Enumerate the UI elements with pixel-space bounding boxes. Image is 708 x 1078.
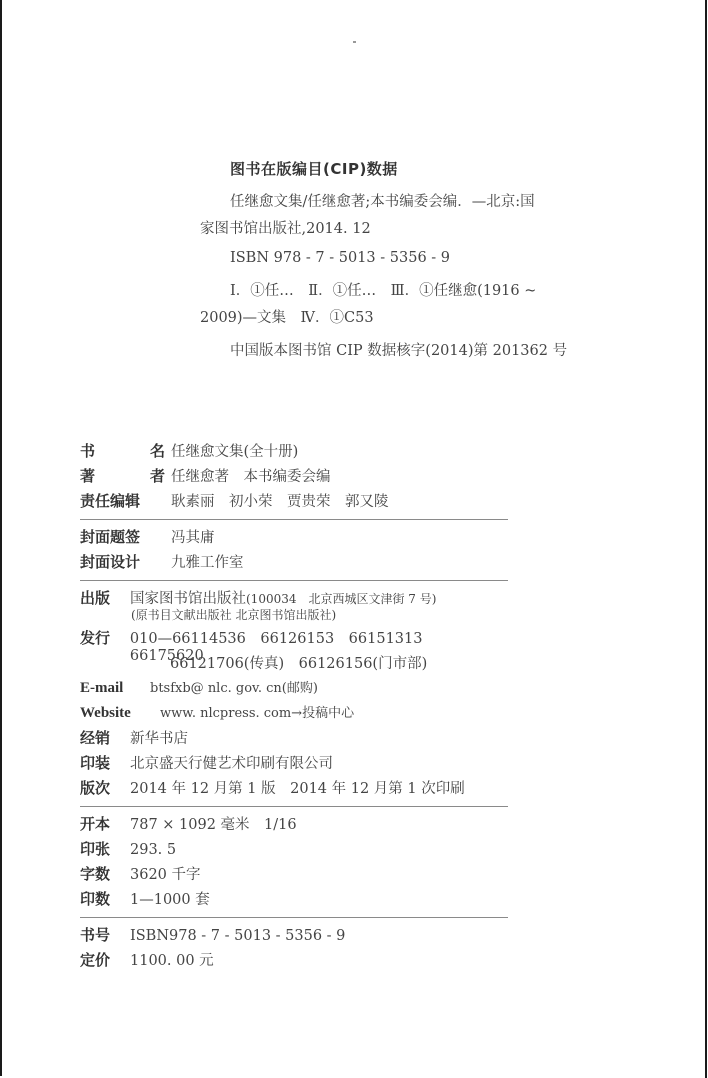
value-printer: 北京盛天行健艺术印刷有限公司 bbox=[130, 752, 333, 773]
divider bbox=[80, 806, 508, 807]
value-words: 3620 千字 bbox=[130, 863, 201, 884]
row-isbn: 书号 ISBN978 - 7 - 5013 - 5356 - 9 bbox=[80, 924, 510, 949]
row-editors: 责任编辑 耿素丽 初小荣 贾贵荣 郭又陵 bbox=[80, 490, 510, 515]
label-email: E-mail bbox=[80, 680, 150, 697]
label-words: 字数 bbox=[80, 863, 130, 884]
row-price: 定价 1100. 00 元 bbox=[80, 949, 510, 974]
value-seller: 新华书店 bbox=[130, 727, 188, 748]
value-website: www. nlcpress. com→投稿中心 bbox=[160, 702, 354, 721]
label-isbn: 书号 bbox=[80, 924, 130, 945]
cip-verification: 中国版本图书馆 CIP 数据核字(2014)第 201362 号 bbox=[230, 338, 600, 365]
label-edition: 版次 bbox=[80, 777, 130, 798]
publisher-former-names: (原书目文献出版社 北京图书馆出版社) bbox=[80, 606, 510, 627]
cip-classification: Ⅰ．①任… Ⅱ．①任… Ⅲ．①任继愈(1916 ~ bbox=[230, 278, 600, 305]
row-edition: 版次 2014 年 12 月第 1 版 2014 年 12 月第 1 次印刷 bbox=[80, 777, 510, 802]
row-title: 书名 任继愈文集(全十册) bbox=[80, 440, 510, 465]
value-editors: 耿素丽 初小荣 贾贵荣 郭又陵 bbox=[171, 490, 389, 511]
divider bbox=[80, 519, 508, 520]
label-author: 著者 bbox=[80, 465, 165, 486]
cip-record: 任继愈文集/任继愈著;本书编委会编．—北京:国 家图书馆出版社,2014. 12… bbox=[230, 189, 600, 365]
value-title: 任继愈文集(全十册) bbox=[171, 440, 298, 461]
value-cover-inscription: 冯其庸 bbox=[171, 526, 215, 547]
label-price: 定价 bbox=[80, 949, 130, 970]
value-format: 787 × 1092 毫米 1/16 bbox=[130, 813, 297, 834]
label-distribution: 发行 bbox=[80, 627, 130, 648]
label-cover-design: 封面设计 bbox=[80, 551, 171, 572]
publication-info: 书名 任继愈文集(全十册) 著者 任继愈著 本书编委会编 责任编辑 耿素丽 初小… bbox=[80, 440, 510, 974]
scan-speck bbox=[353, 41, 356, 43]
cip-block: 图书在版编目(CIP)数据 任继愈文集/任继愈著;本书编委会编．—北京:国 家图… bbox=[230, 158, 600, 365]
label-seller: 经销 bbox=[80, 727, 130, 748]
value-price: 1100. 00 元 bbox=[130, 949, 214, 970]
row-cover-design: 封面设计 九雅工作室 bbox=[80, 551, 510, 576]
row-author: 著者 任继愈著 本书编委会编 bbox=[80, 465, 510, 490]
row-cover-inscription: 封面题签 冯其庸 bbox=[80, 526, 510, 551]
row-distribution: 发行 010—66114536 66126153 66151313 661756… bbox=[80, 627, 510, 652]
publisher-address: (100034 北京西城区文津街 7 号) bbox=[246, 590, 436, 607]
cip-classification-cont: 2009)—文集 Ⅳ．①C53 bbox=[200, 305, 600, 332]
label-title: 书名 bbox=[80, 440, 165, 461]
row-seller: 经销 新华书店 bbox=[80, 727, 510, 752]
label-editors: 责任编辑 bbox=[80, 490, 171, 511]
label-sheets: 印张 bbox=[80, 838, 130, 859]
value-edition: 2014 年 12 月第 1 版 2014 年 12 月第 1 次印刷 bbox=[130, 777, 465, 798]
page-border-right bbox=[705, 0, 707, 1078]
page-border-left bbox=[0, 0, 2, 1076]
row-sheets: 印张 293. 5 bbox=[80, 838, 510, 863]
value-cover-design: 九雅工作室 bbox=[171, 551, 244, 572]
value-email: btsfxb@ nlc. gov. cn(邮购) bbox=[150, 677, 318, 696]
value-copies: 1—1000 套 bbox=[130, 888, 210, 909]
cip-line: 任继愈文集/任继愈著;本书编委会编．—北京:国 bbox=[230, 189, 600, 216]
row-words: 字数 3620 千字 bbox=[80, 863, 510, 888]
cip-line: 家图书馆出版社,2014. 12 bbox=[200, 216, 600, 243]
divider bbox=[80, 580, 508, 581]
row-website: Website www. nlcpress. com→投稿中心 bbox=[80, 702, 510, 727]
row-copies: 印数 1—1000 套 bbox=[80, 888, 510, 913]
label-printer: 印装 bbox=[80, 752, 130, 773]
value-publisher: 国家图书馆出版社 bbox=[130, 587, 246, 608]
value-author: 任继愈著 本书编委会编 bbox=[171, 465, 331, 486]
value-isbn: ISBN978 - 7 - 5013 - 5356 - 9 bbox=[130, 928, 345, 944]
row-printer: 印装 北京盛天行健艺术印刷有限公司 bbox=[80, 752, 510, 777]
label-copies: 印数 bbox=[80, 888, 130, 909]
cip-title: 图书在版编目(CIP)数据 bbox=[230, 158, 600, 179]
value-sheets: 293. 5 bbox=[130, 842, 176, 858]
row-format: 开本 787 × 1092 毫米 1/16 bbox=[80, 813, 510, 838]
label-cover-inscription: 封面题签 bbox=[80, 526, 171, 547]
label-website: Website bbox=[80, 705, 160, 722]
label-format: 开本 bbox=[80, 813, 130, 834]
label-publisher: 出版 bbox=[80, 587, 130, 608]
distribution-fax-store: 66121706(传真) 66126156(门市部) bbox=[170, 652, 427, 673]
divider bbox=[80, 917, 508, 918]
row-email: E-mail btsfxb@ nlc. gov. cn(邮购) bbox=[80, 677, 510, 702]
cip-isbn: ISBN 978 - 7 - 5013 - 5356 - 9 bbox=[230, 245, 600, 272]
